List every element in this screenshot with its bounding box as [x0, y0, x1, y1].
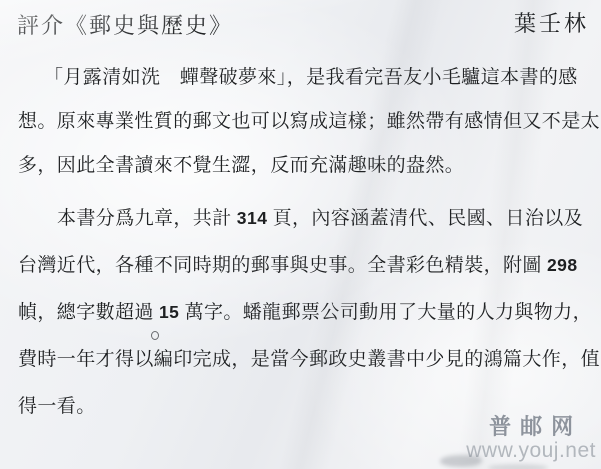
text-line: 費時一年才得以編印完成，是當今郵政史叢書中少見的鴻篇大作，值 — [18, 336, 587, 383]
text-line: 台灣近代，各種不同時期的郵事與史事。全書彩色精裝，附圖 298 — [18, 242, 587, 289]
text-line: 得一看。 — [18, 383, 587, 430]
text-segment: 台灣近代，各種不同時期的郵事與史事。全書彩色精裝，附圖 — [18, 255, 547, 276]
text-segment: 本書分爲九章，共計 — [57, 208, 237, 229]
text-line: 多，因此全書讀來不覺生澀，反而充滿趣味的盎然。 — [18, 144, 587, 188]
page-title: 評介《郵史與歷史》 — [17, 9, 233, 40]
author-name: 葉壬林 — [514, 7, 589, 38]
text-line: 想。原來專業性質的郵文也可以寫成這樣；雖然帶有感情但又不是太 — [18, 100, 587, 144]
paper-smudge — [488, 464, 548, 469]
scanned-document-page: 評介《郵史與歷史》 葉壬林 「月露清如洗 蟬聲破夢來」，是我看完吾友小毛驢這本書… — [0, 0, 601, 469]
text-segment: 萬字。蟠龍郵票公司動用了大量的人力與物力， — [179, 302, 592, 323]
paper-smudge — [440, 455, 482, 467]
word-count-number: 15 — [159, 302, 179, 322]
text-line: 本書分爲九章，共計 314 頁，內容涵蓋清代、民國、日治以及 — [18, 195, 587, 242]
text-line: 幀，總字數超過 15 萬字。蟠龍郵票公司動用了大量的人力與物力， — [18, 289, 587, 336]
document-body: 「月露清如洗 蟬聲破夢來」，是我看完吾友小毛驢這本書的感 想。原來專業性質的郵文… — [18, 56, 587, 430]
text-line: 「月露清如洗 蟬聲破夢來」，是我看完吾友小毛驢這本書的感 — [18, 56, 587, 100]
paragraph-1: 「月露清如洗 蟬聲破夢來」，是我看完吾友小毛驢這本書的感 想。原來專業性質的郵文… — [18, 56, 587, 188]
document-header: 評介《郵史與歷史》 葉壬林 — [0, 0, 601, 40]
watermark-site-url: www.youj.net — [466, 439, 596, 463]
page-count-number: 314 — [237, 208, 268, 228]
text-segment: 幀，總字數超過 — [18, 302, 159, 323]
figure-count-number: 298 — [547, 255, 578, 275]
paragraph-2: 本書分爲九章，共計 314 頁，內容涵蓋清代、民國、日治以及 台灣近代，各種不同… — [18, 195, 587, 430]
text-segment: 頁，內容涵蓋清代、民國、日治以及 — [267, 208, 583, 229]
